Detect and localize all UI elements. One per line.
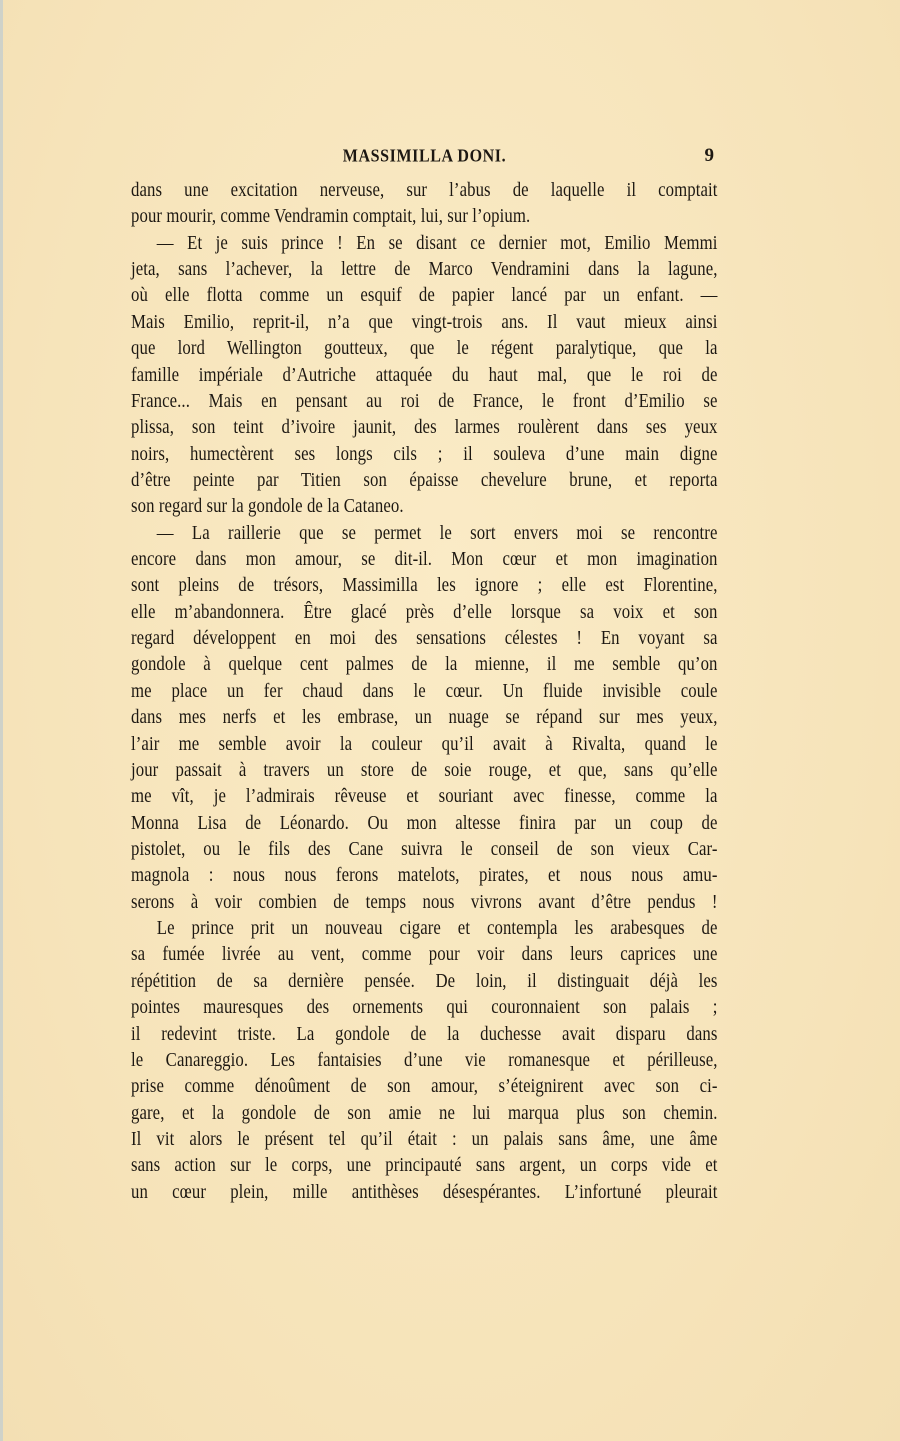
- text-line: — La raillerie que se permet le sort env…: [131, 521, 718, 547]
- text-line: — Et je suis prince ! En se disant ce de…: [131, 231, 718, 257]
- page-header: MASSIMILLA DONI. 9: [131, 144, 718, 170]
- text-line: me vît, je l’admirais rêveuse et sourian…: [131, 784, 718, 810]
- text-line: d’être peinte par Titien son épaisse che…: [131, 468, 718, 494]
- text-line: jeta, sans l’achever, la lettre de Marco…: [131, 257, 718, 283]
- page-edge: [0, 0, 3, 1441]
- text-line: elle m’abandonnera. Être glacé près d’el…: [131, 600, 718, 626]
- text-line: répétition de sa dernière pensée. De loi…: [131, 969, 718, 995]
- page-number: 9: [705, 145, 715, 167]
- text-line: Monna Lisa de Léonardo. Ou mon altesse f…: [131, 811, 718, 837]
- text-line: Le prince prit un nouveau cigare et cont…: [131, 916, 718, 942]
- text-line: France... Mais en pensant au roi de Fran…: [131, 389, 718, 415]
- text-line: l’air me semble avoir la couleur qu’il a…: [131, 732, 718, 758]
- text-line: gare, et la gondole de son amie ne lui m…: [131, 1101, 718, 1127]
- text-line: me place un fer chaud dans le cœur. Un f…: [131, 679, 718, 705]
- text-line: sa fumée livrée au vent, comme pour voir…: [131, 942, 718, 968]
- running-title: MASSIMILLA DONI.: [131, 147, 718, 168]
- text-line: pour mourir, comme Vendramin comptait, l…: [131, 204, 718, 230]
- text-line: où elle flotta comme un esquif de papier…: [131, 283, 718, 309]
- text-line: son regard sur la gondole de la Cataneo.: [131, 494, 718, 520]
- text-line: serons à voir combien de temps nous vivr…: [131, 890, 718, 916]
- text-line: dans une excitation nerveuse, sur l’abus…: [131, 178, 718, 204]
- text-line: regard développent en moi des sensations…: [131, 626, 718, 652]
- text-line: noirs, humectèrent ses longs cils ; il s…: [131, 442, 718, 468]
- text-line: pistolet, ou le fils des Cane suivra le …: [131, 837, 718, 863]
- text-line: prise comme dénoûment de son amour, s’ét…: [131, 1074, 718, 1100]
- text-line: Mais Emilio, reprit-il, n’a que vingt-tr…: [131, 310, 718, 336]
- text-line: que lord Wellington goutteux, que le rég…: [131, 336, 718, 362]
- text-line: sont pleins de trésors, Massimilla les i…: [131, 573, 718, 599]
- text-line: jour passait à travers un store de soie …: [131, 758, 718, 784]
- text-line: sans action sur le corps, une principaut…: [131, 1153, 718, 1179]
- text-line: Il vit alors le présent tel qu’il était …: [131, 1127, 718, 1153]
- body-text: dans une excitation nerveuse, sur l’abus…: [131, 178, 718, 1206]
- text-line: un cœur plein, mille antithèses désespér…: [131, 1180, 718, 1206]
- text-line: gondole à quelque cent palmes de la mien…: [131, 652, 718, 678]
- text-line: plissa, son teint d’ivoire jaunit, des l…: [131, 415, 718, 441]
- text-line: il redevint triste. La gondole de la duc…: [131, 1022, 718, 1048]
- text-line: magnola : nous nous ferons matelots, pir…: [131, 863, 718, 889]
- text-line: le Canareggio. Les fantaisies d’une vie …: [131, 1048, 718, 1074]
- text-line: encore dans mon amour, se dit-il. Mon cœ…: [131, 547, 718, 573]
- text-line: dans mes nerfs et les embrase, un nuage …: [131, 705, 718, 731]
- text-line: famille impériale d’Autriche attaquée du…: [131, 363, 718, 389]
- text-line: pointes mauresques des ornements qui cou…: [131, 995, 718, 1021]
